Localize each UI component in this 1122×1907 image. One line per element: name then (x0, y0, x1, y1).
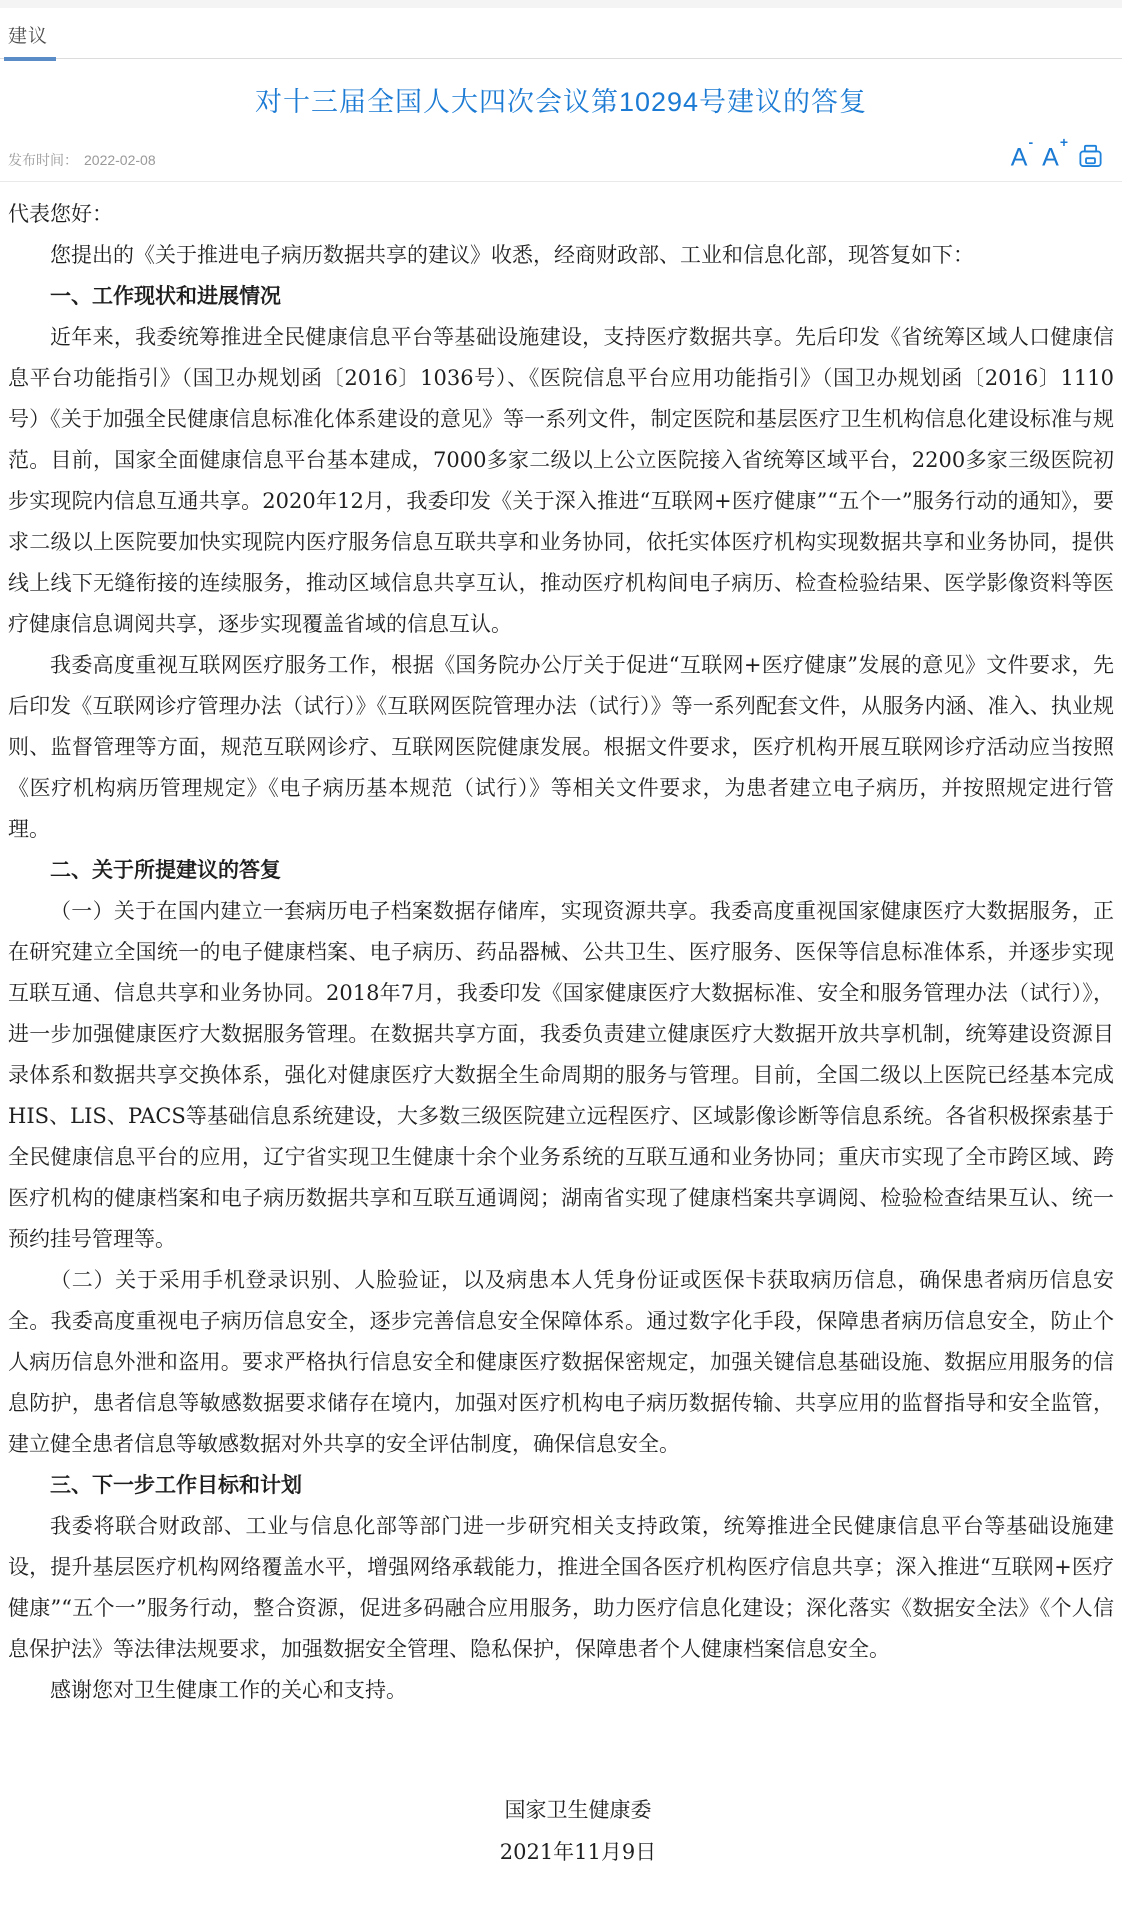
printer-icon (1077, 143, 1104, 170)
paragraph: （一）关于在国内建立一套病历电子档案数据存储库，实现资源共享。我委高度重视国家健… (8, 891, 1114, 1260)
article-page: 建议 对十三届全国人大四次会议第10294号建议的答复 发布时间：2022-02… (0, 8, 1122, 1873)
article-toolbar: A- A+ (1011, 143, 1104, 170)
publish-time-label: 发布时间： (8, 152, 78, 168)
font-decrease-button[interactable]: A- (1011, 144, 1032, 170)
paragraph: 近年来，我委统筹推进全民健康信息平台等基础设施建设，支持医疗数据共享。先后印发《… (8, 317, 1114, 645)
signature-org: 国家卫生健康委 (42, 1789, 1114, 1831)
page-title: 对十三届全国人大四次会议第10294号建议的答复 (40, 80, 1082, 119)
section-tab-bar: 建议 (0, 8, 1122, 59)
section-heading: 二、关于所提建议的答复 (8, 850, 1114, 891)
publish-time-value: 2022-02-08 (84, 152, 156, 168)
signature-block: 国家卫生健康委 2021年11月9日 (8, 1789, 1114, 1873)
minus-sign: - (1028, 134, 1033, 150)
signature-date: 2021年11月9日 (42, 1831, 1114, 1873)
paragraph: （二）关于采用手机登录识别、人脸验证，以及病患本人凭身份证或医保卡获取病历信息，… (8, 1260, 1114, 1465)
font-increase-button[interactable]: A+ (1042, 144, 1067, 170)
tab-suggestions[interactable]: 建议 (8, 21, 48, 58)
paragraph: 您提出的《关于推进电子病历数据共享的建议》收悉，经商财政部、工业和信息化部，现答… (8, 235, 1114, 276)
page-top-strip (0, 0, 1122, 8)
section-heading: 三、下一步工作目标和计划 (8, 1465, 1114, 1506)
paragraph: 我委将联合财政部、工业与信息化部等部门进一步研究相关支持政策，统筹推进全民健康信… (8, 1506, 1114, 1670)
paragraph: 我委高度重视互联网医疗服务工作，根据《国务院办公厅关于促进“互联网+医疗健康”发… (8, 645, 1114, 850)
paragraph: 感谢您对卫生健康工作的关心和支持。 (8, 1670, 1114, 1711)
article-body: 代表您好： 您提出的《关于推进电子病历数据共享的建议》收悉，经商财政部、工业和信… (0, 182, 1122, 1873)
section-heading: 一、工作现状和进展情况 (8, 276, 1114, 317)
meta-row: 发布时间：2022-02-08 A- A+ (0, 143, 1122, 170)
plus-sign: + (1060, 134, 1068, 150)
print-button[interactable] (1077, 143, 1104, 170)
publish-time: 发布时间：2022-02-08 (8, 150, 156, 170)
salutation: 代表您好： (8, 194, 1114, 235)
article-blocks: 您提出的《关于推进电子病历数据共享的建议》收悉，经商财政部、工业和信息化部，现答… (8, 235, 1114, 1711)
